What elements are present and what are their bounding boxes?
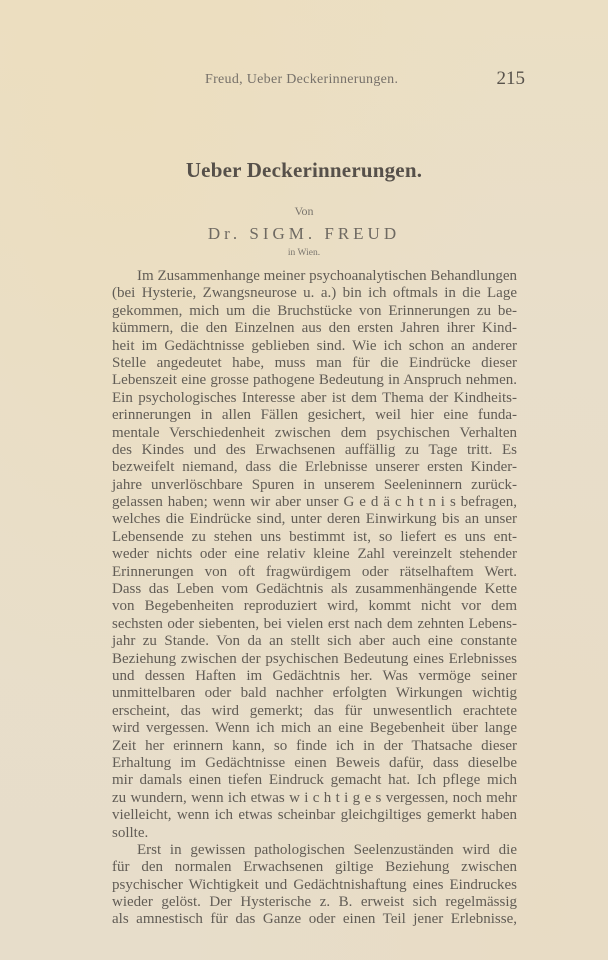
- text-line: des Kindes und des Erwachsenen auffällig…: [112, 442, 517, 459]
- text-line: gelassen haben; wenn wir aber unser G e …: [112, 494, 517, 511]
- author-place: in Wien.: [0, 248, 608, 258]
- text-line: unmittelbaren oder bald nachher erfolgte…: [112, 685, 517, 702]
- text-line: Lebenszeit eine grosse pathogene Bedeutu…: [112, 372, 517, 389]
- text-line: erscheint, das wird gemerkt; das für unw…: [112, 703, 517, 720]
- running-head: Freud, Ueber Deckerinnerungen. 215: [205, 68, 525, 92]
- text-line: jahre unverlöschbare Spuren in unserem S…: [112, 477, 517, 494]
- text-line: Ein psychologisches Interesse aber ist d…: [112, 390, 517, 407]
- text-line: welches die Eindrücke sind, unter deren …: [112, 511, 517, 528]
- text-line: Im Zusammenhange meiner psychoanalytisch…: [112, 268, 517, 285]
- document-page: Freud, Ueber Deckerinnerungen. 215 Ueber…: [0, 0, 608, 960]
- text-line: als amnestisch für das Ganze oder einen …: [112, 911, 517, 928]
- text-line: sollte.: [112, 825, 517, 842]
- article-title: Ueber Deckerinnerungen.: [0, 158, 608, 183]
- text-line: erinnerungen in allen Fällen gesichert, …: [112, 407, 517, 424]
- text-line: weder nichts oder eine relativ kleine Za…: [112, 546, 517, 563]
- text-line: jahr zu Stande. Von da an stellt sich ab…: [112, 633, 517, 650]
- text-line: Erhaltung im Gedächtnisse einen Beweis d…: [112, 755, 517, 772]
- text-line: kümmern, die den Einzelnen aus den erste…: [112, 320, 517, 337]
- author-name: Dr. SIGM. FREUD: [0, 224, 608, 244]
- text-line: (bei Hysterie, Zwangsneurose u. a.) bin …: [112, 285, 517, 302]
- text-line: von Begebenheiten reproduziert wird, kom…: [112, 598, 517, 615]
- text-line: und dessen Haften im Gedächtnis her. Was…: [112, 668, 517, 685]
- text-line: Zeit her erinnern kann, so finde ich in …: [112, 738, 517, 755]
- page-number: 215: [497, 68, 526, 90]
- text-line: psychischer Wichtigkeit und Gedächtnisha…: [112, 877, 517, 894]
- body-text: Im Zusammenhange meiner psychoanalytisch…: [112, 268, 517, 929]
- text-line: sechsten oder siebenten, bei vielen erst…: [112, 616, 517, 633]
- text-line: mir damals einen tiefen Eindruck gemacht…: [112, 772, 517, 789]
- text-line: zu wundern, wenn ich etwas w i c h t i g…: [112, 790, 517, 807]
- text-line: Lebensende zu stehen uns bestimmt ist, s…: [112, 529, 517, 546]
- text-line: wird vergessen. Wenn ich mich an eine Be…: [112, 720, 517, 737]
- text-line: Dass das Leben vom Gedächtnis als zusamm…: [112, 581, 517, 598]
- text-line: Beziehung zwischen der psychischen Bedeu…: [112, 651, 517, 668]
- running-title: Freud, Ueber Deckerinnerungen.: [205, 72, 398, 88]
- text-line: heit im Gedächtnisse geblieben sind. Wie…: [112, 338, 517, 355]
- text-line: bezweifelt niemand, dass die Erlebnisse …: [112, 459, 517, 476]
- text-line: wieder gelöst. Der Hysterische z. B. erw…: [112, 894, 517, 911]
- text-line: für den normalen Erwachsenen giltige Bez…: [112, 859, 517, 876]
- text-line: Erst in gewissen pathologischen Seelenzu…: [112, 842, 517, 859]
- text-line: Erinnerungen von oft fragwürdigem oder r…: [112, 564, 517, 581]
- text-line: gekommen, mich um die Bruchstücke von Er…: [112, 303, 517, 320]
- text-line: vielleicht, wenn ich etwas scheinbar gle…: [112, 807, 517, 824]
- text-line: mentale Verschiedenheit zwischen dem psy…: [112, 425, 517, 442]
- text-line: Stelle angedeutet habe, muss man für die…: [112, 355, 517, 372]
- byline-von: Von: [0, 204, 608, 219]
